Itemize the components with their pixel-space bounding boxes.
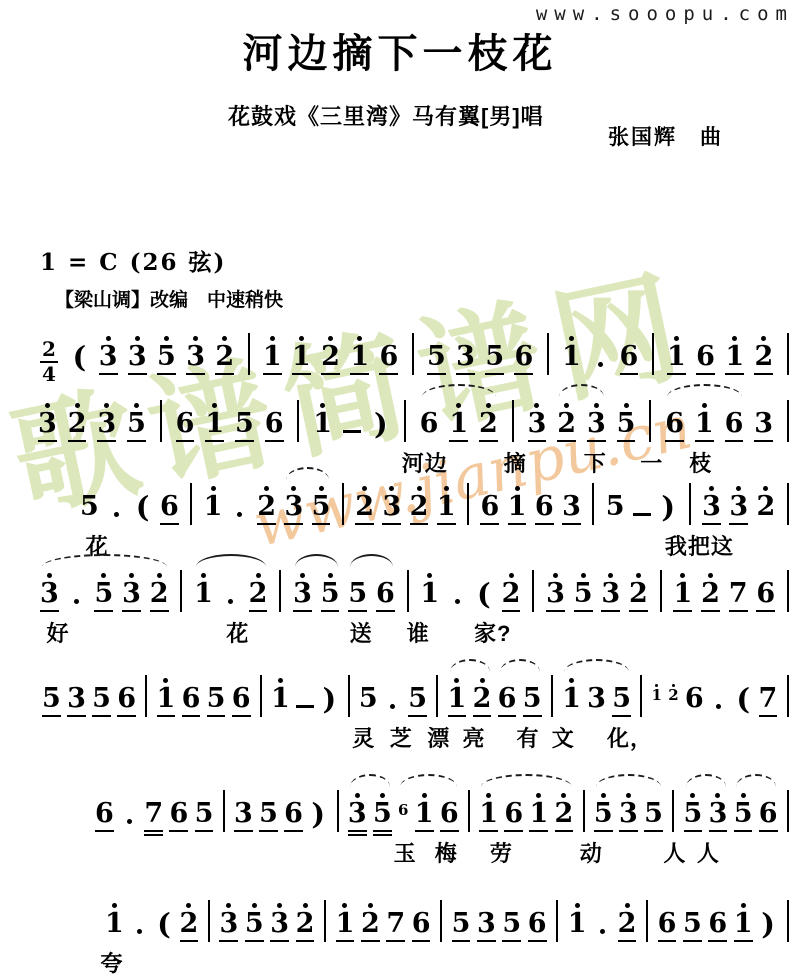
note-digit: 6	[498, 685, 517, 713]
underline-zone	[386, 938, 405, 946]
beam-underline	[232, 715, 251, 717]
underline-zone	[479, 828, 498, 836]
note-digit: 1	[562, 343, 581, 371]
note: 7	[144, 793, 163, 836]
underline-zone	[448, 713, 467, 721]
underline-zone	[437, 521, 456, 529]
slur-arc	[350, 554, 393, 567]
note: 3	[702, 486, 721, 529]
beam-underline	[514, 373, 533, 375]
underline-zone	[420, 438, 439, 446]
beam-underline	[502, 940, 521, 942]
underline-zone	[523, 713, 542, 721]
barline	[205, 900, 213, 946]
notes-row: 35321235561(235321276	[40, 553, 792, 616]
beam-underline	[379, 373, 398, 375]
note: 1	[448, 678, 467, 721]
note-digit: 2	[257, 493, 276, 521]
barline	[784, 333, 792, 379]
underline-zone	[612, 713, 631, 721]
lyric-syllable: 有	[516, 722, 539, 753]
notes-row: 5(61235232161635)332	[80, 466, 792, 529]
beam-underline	[477, 940, 496, 942]
note: 6	[440, 793, 459, 836]
underline-zone	[452, 938, 471, 946]
note-digit: 1	[437, 493, 456, 521]
augmentation-dot	[68, 599, 86, 616]
beam-underline	[729, 610, 748, 612]
underline-zone	[186, 371, 205, 379]
beam-underline	[195, 830, 214, 832]
barline	[544, 333, 552, 379]
underline-zone	[708, 938, 727, 946]
barline	[339, 483, 347, 529]
beam-underline	[97, 440, 116, 442]
note: 1	[194, 573, 213, 616]
note-digit: 3	[122, 580, 141, 608]
beam-underline	[292, 373, 311, 375]
note: 5	[207, 678, 226, 721]
beam-underline	[665, 440, 684, 442]
note: 2	[321, 336, 340, 379]
note: 1	[350, 336, 369, 379]
barline-mark	[248, 333, 250, 375]
open-paren: (	[155, 910, 173, 946]
note: 2	[180, 903, 199, 946]
beam-underline	[528, 940, 547, 942]
barline	[529, 570, 537, 616]
underline-zone	[759, 713, 778, 721]
underline-zone	[38, 438, 57, 446]
note: 5	[245, 903, 264, 946]
note-digit: 5	[452, 910, 471, 938]
note-digit: 1	[271, 685, 290, 713]
note: 6	[232, 678, 251, 721]
barline-mark	[547, 333, 549, 375]
barline-mark	[342, 483, 344, 525]
note-digit: 1	[529, 800, 548, 828]
underline-zone	[606, 521, 625, 529]
note-digit: 5	[207, 685, 226, 713]
note-digit: 5	[594, 800, 613, 828]
note-digit: 3	[702, 493, 721, 521]
underline-zone	[284, 521, 303, 529]
underline-zone	[379, 371, 398, 379]
beam-underline	[629, 610, 648, 612]
underline-zone	[336, 938, 355, 946]
note-digit: 5	[684, 800, 703, 828]
barline	[784, 570, 792, 616]
barline-mark	[223, 790, 225, 832]
notes-row: 1(2353212765356126561)	[105, 883, 792, 946]
beam-underline	[373, 830, 392, 832]
note: 2	[618, 903, 637, 946]
note-digit: 1	[205, 410, 224, 438]
underline-zone	[702, 521, 721, 529]
note-digit: 5	[92, 685, 111, 713]
barline	[784, 900, 792, 946]
slur-arc	[350, 774, 390, 787]
note: 1	[562, 678, 581, 721]
barline-mark	[787, 483, 789, 525]
barline-mark	[180, 570, 182, 612]
beam-underline	[574, 610, 593, 612]
note: 3	[456, 336, 475, 379]
note: 5	[452, 903, 471, 946]
underline-zone	[180, 938, 199, 946]
note-digit: 1	[263, 343, 282, 371]
dash-note	[343, 430, 361, 446]
barline-mark	[324, 900, 326, 942]
beam-underline	[508, 523, 527, 525]
slur-arc	[400, 774, 457, 787]
beam-underline	[644, 830, 663, 832]
note-digit: 1	[673, 580, 692, 608]
underline-zone	[117, 713, 136, 721]
barline	[509, 400, 517, 446]
note: 1	[479, 793, 498, 836]
barline	[646, 400, 654, 446]
beam-underline	[321, 373, 340, 375]
note-digit: 6	[535, 493, 554, 521]
underline-zone	[480, 521, 499, 529]
note-digit: 6	[480, 493, 499, 521]
note-digit: 1	[448, 685, 467, 713]
beam-underline	[620, 373, 639, 375]
note: 1	[562, 336, 581, 379]
beam-underline	[40, 610, 59, 612]
note: 6	[376, 573, 395, 616]
note-digit: 7	[386, 910, 405, 938]
underline-zone	[667, 371, 686, 379]
underline-zone	[420, 608, 439, 616]
underline-zone	[94, 608, 113, 616]
note-digit: 6	[756, 580, 775, 608]
underline-zone	[40, 608, 59, 616]
note: 6	[182, 678, 201, 721]
beam-underline	[555, 830, 574, 832]
note-digit: 1	[667, 343, 686, 371]
notes-row: 6765356)3561616125355356	[95, 773, 792, 836]
note: 6	[412, 903, 431, 946]
lyric-syllable: 漂	[427, 722, 450, 753]
song-title: 河边摘下一枝花	[0, 22, 800, 79]
underline-zone	[270, 938, 289, 946]
note: 1	[336, 903, 355, 946]
slur-arc	[559, 384, 604, 397]
note-digit: 2	[215, 343, 234, 371]
beam-underline	[42, 715, 61, 717]
underline-zone	[412, 938, 431, 946]
note: 5	[359, 678, 378, 721]
beam-underline	[312, 523, 331, 525]
underline-zone	[684, 828, 703, 836]
note: 5	[502, 903, 521, 946]
beam-underline	[117, 715, 136, 717]
slur-arc	[450, 659, 490, 672]
note: 6	[665, 403, 684, 446]
barline-mark	[440, 900, 442, 942]
note-digit: 3	[382, 493, 401, 521]
note: 2	[479, 403, 498, 446]
underline-zone	[292, 371, 311, 379]
grace-note: 2	[668, 684, 678, 706]
dot-mark	[390, 704, 395, 709]
note-digit: 3	[293, 580, 312, 608]
note: 6	[379, 336, 398, 379]
beam-underline	[350, 373, 369, 375]
note: 2	[629, 573, 648, 616]
beam-underline	[186, 373, 205, 375]
underline-zone	[757, 521, 776, 529]
underline-zone	[562, 713, 581, 721]
note: 3	[601, 573, 620, 616]
underline-zone	[219, 938, 238, 946]
beam-underline	[437, 523, 456, 525]
grace-note: 1	[652, 684, 662, 706]
beam-underline	[696, 373, 715, 375]
note: 5	[195, 793, 214, 836]
note-digit: 1	[652, 688, 662, 703]
note-digit: 6	[665, 410, 684, 438]
note-digit: 2	[473, 685, 492, 713]
note-digit: 2	[629, 580, 648, 608]
barline	[464, 483, 472, 529]
underline-zone	[68, 438, 87, 446]
underline-zone	[157, 371, 176, 379]
note: 5	[427, 336, 446, 379]
dot-mark	[598, 362, 603, 367]
note-digit: 3	[186, 343, 205, 371]
note: 2	[361, 903, 380, 946]
underline-zone	[668, 703, 678, 706]
barline-mark	[467, 483, 469, 525]
barline-mark	[260, 675, 262, 717]
beam-underline	[479, 440, 498, 442]
beam-underline	[427, 373, 446, 375]
underline-zone	[759, 828, 778, 836]
beam-underline	[321, 610, 340, 612]
underline-zone	[618, 938, 637, 946]
augmentation-dot	[384, 704, 402, 721]
barline-mark	[160, 400, 162, 442]
note-digit: 2	[555, 800, 574, 828]
beam-underline	[265, 440, 284, 442]
note-digit: 5	[359, 685, 378, 713]
underline-zone	[259, 828, 278, 836]
note: 3	[186, 336, 205, 379]
dot-mark	[114, 512, 119, 517]
underline-zone	[508, 521, 527, 529]
beam-underline	[67, 715, 86, 717]
augmentation-dot	[593, 929, 611, 946]
close-paren: )	[759, 910, 777, 946]
underline-zone	[160, 521, 179, 529]
note: 1	[449, 403, 468, 446]
beam-underline	[535, 523, 554, 525]
beam-underline	[150, 610, 169, 612]
beam-underline	[587, 440, 606, 442]
note-digit: 5	[485, 343, 504, 371]
augmentation-dot	[130, 929, 148, 946]
barline-mark	[787, 675, 789, 717]
beam-underline	[68, 440, 87, 442]
barline	[589, 483, 597, 529]
beam-underline	[263, 373, 282, 375]
underline-zone	[587, 438, 606, 446]
underline-zone	[127, 438, 146, 446]
beam-underline	[215, 373, 234, 375]
note: 2	[502, 573, 521, 616]
barline-mark	[337, 790, 339, 832]
beam-underline	[94, 610, 113, 612]
augmentation-dot	[591, 362, 609, 379]
note: 2	[215, 336, 234, 379]
barline-mark	[512, 400, 514, 442]
note-digit: 1	[313, 410, 332, 438]
music-line-7: 1(2353212765356126561)夸	[105, 883, 792, 977]
note: 2	[555, 793, 574, 836]
key-signature: 1 = C (26 弦)	[40, 244, 226, 277]
slur-arc	[736, 774, 776, 787]
barline-mark	[468, 790, 470, 832]
note: 3	[219, 903, 238, 946]
note: 5	[157, 336, 176, 379]
underline-zone	[528, 438, 547, 446]
barline-mark	[672, 790, 674, 832]
underline-zone	[473, 713, 492, 721]
music-line-2: 323561561)61232356163河边摘下一枝	[38, 383, 792, 477]
note: 2	[355, 486, 374, 529]
note: 2	[249, 573, 268, 616]
note-digit: 2	[150, 580, 169, 608]
note-digit: 3	[754, 410, 773, 438]
underline-zone	[601, 608, 620, 616]
song-subtitle: 花鼓戏《三里湾》马有翼[男]唱	[228, 100, 544, 131]
beam-underline	[38, 440, 57, 442]
underline-zone	[382, 521, 401, 529]
beam-underline	[376, 610, 395, 612]
beam-underline	[701, 610, 720, 612]
underline-zone	[673, 608, 692, 616]
barline	[465, 790, 473, 836]
underline-zone	[234, 828, 253, 836]
note: 5	[408, 678, 427, 721]
beam-underline	[284, 523, 303, 525]
underline-zone	[502, 608, 521, 616]
note-digit: 3	[477, 910, 496, 938]
grace-note: 6	[398, 799, 408, 821]
note-digit: 1	[479, 800, 498, 828]
beam-underline	[504, 830, 523, 832]
beam-underline	[667, 373, 686, 375]
underline-zone	[361, 938, 380, 946]
note-digit: 1	[204, 493, 223, 521]
note: 3	[619, 793, 638, 836]
note: 7	[386, 903, 405, 946]
note-digit: 5	[157, 343, 176, 371]
barline-mark	[407, 570, 409, 612]
beam-underline	[249, 610, 268, 612]
beam-underline	[99, 373, 118, 375]
beam-underline	[673, 610, 692, 612]
beam-underline	[618, 940, 637, 942]
beam-underline	[456, 373, 475, 375]
note: 1	[313, 403, 332, 446]
slur-arc	[295, 554, 338, 567]
dash-mark	[296, 705, 314, 708]
beam-underline	[245, 940, 264, 942]
note-digit: 6	[182, 685, 201, 713]
note: 2	[257, 486, 276, 529]
underline-zone	[271, 713, 290, 721]
music-line-3: 5(61235232161635)332花我把这	[80, 466, 792, 560]
underline-zone	[659, 521, 677, 529]
note: 3	[97, 403, 116, 446]
barline	[220, 790, 228, 836]
note: 5	[594, 793, 613, 836]
underline-zone	[350, 371, 369, 379]
note: 6	[504, 793, 523, 836]
note: 5	[94, 573, 113, 616]
underline-zone	[408, 713, 427, 721]
beam-underline	[485, 373, 504, 375]
underline-zone	[725, 371, 744, 379]
barline	[784, 675, 792, 721]
lyric-syllable: 灵	[352, 722, 375, 753]
note-digit: 2	[180, 910, 199, 938]
barline-mark	[208, 900, 210, 942]
note-digit: 6	[696, 343, 715, 371]
note: 3	[348, 793, 367, 836]
underline-zone	[754, 371, 773, 379]
underline-zone	[176, 438, 195, 446]
note-digit: 2	[68, 410, 87, 438]
lyric-syllable: 人	[663, 837, 686, 868]
dot-mark	[137, 929, 142, 934]
note: 6	[420, 403, 439, 446]
beam-underline	[180, 940, 199, 942]
note-digit: 1	[568, 910, 587, 938]
note-digit: 5	[235, 410, 254, 438]
open-paren: (	[734, 685, 752, 721]
lyric-syllable: 谁	[407, 617, 430, 648]
barline-mark	[551, 675, 553, 717]
barline	[294, 400, 302, 446]
barline	[157, 400, 165, 446]
note-digit: 3	[234, 800, 253, 828]
note: 1	[157, 678, 176, 721]
underline-zone	[348, 828, 367, 836]
beam-underline	[128, 373, 147, 375]
note-digit: 2	[757, 493, 776, 521]
beam-underline	[157, 373, 176, 375]
music-line-6: 6765356)3561616125355356玉梅劳动人人	[95, 773, 792, 867]
beam-underline	[529, 830, 548, 832]
note-digit: 2	[479, 410, 498, 438]
underline-zone	[619, 828, 638, 836]
augmentation-dot	[448, 599, 466, 616]
music-line-1: 24(33532112165356161612	[38, 316, 792, 379]
beam-underline	[234, 830, 253, 832]
barline	[142, 675, 150, 721]
note: 1	[263, 336, 282, 379]
underline-zone	[427, 371, 446, 379]
note-digit: 5	[348, 580, 367, 608]
lyrics-row: 玉梅劳动人人	[95, 837, 792, 867]
note: 5	[259, 793, 278, 836]
note: 3	[234, 793, 253, 836]
